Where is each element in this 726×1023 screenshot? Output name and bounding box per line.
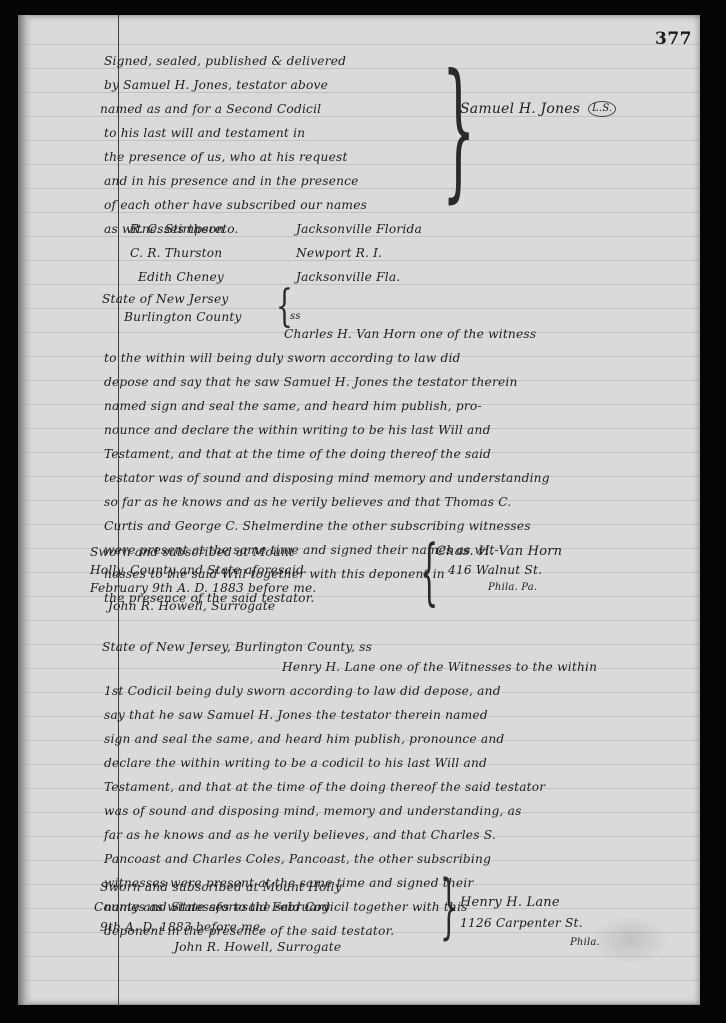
affidavit-line: sign and seal the same, and heard him pu… [104, 727, 597, 751]
testator-signature: Samuel H. JonesL.S. [460, 97, 616, 121]
jurat-1: Sworn and subscribed at Mount Holly, Cou… [90, 543, 316, 615]
attestation-line: Signed, sealed, published & delivered [104, 49, 367, 73]
jurat-line: February 9th A. D. 1883 before me. [90, 579, 316, 597]
affidavit-line: was of sound and disposing mind, memory … [104, 799, 597, 823]
witness-residence: Newport R. I. [296, 241, 422, 265]
affidavit-line: Henry H. Lane one of the Witnesses to th… [282, 655, 597, 679]
affidavit-line: so far as he knows and as he verily beli… [104, 490, 550, 514]
witness-name: Edith Cheney [138, 265, 224, 289]
attestation-clause: Signed, sealed, published & delivered by… [104, 49, 367, 241]
deponent-address: 416 Walnut St. [448, 561, 562, 579]
affidavit-line: testator was of sound and disposing mind… [104, 466, 550, 490]
jurat-line: 9th A. D. 1883 before me. [100, 917, 342, 937]
attestation-line: to his last will and testament in [104, 121, 367, 145]
jurat-line: Sworn and subscribed at Mount Holly [100, 877, 342, 897]
deponent-signature: Chas. H. Van Horn [436, 543, 562, 561]
affidavit-line: nounce and declare the within writing to… [104, 418, 550, 442]
affidavit-line: declare the within writing to be a codic… [104, 751, 597, 775]
brace: } [442, 55, 475, 205]
deponent-city: Phila. [570, 933, 600, 953]
testator-signature-text: Samuel H. Jones [460, 101, 580, 117]
deponent-signature: Henry H. Lane [460, 893, 600, 913]
affidavit-line: Pancoast and Charles Coles, Pancoast, th… [104, 847, 597, 871]
affidavit-line: Testament, and that at the time of the d… [104, 442, 550, 466]
witness-names: R. C. Stimpson C. R. Thurston Edith Chen… [130, 217, 224, 289]
jurat-2: Sworn and subscribed at Mount Holly Coun… [100, 877, 342, 957]
witness-name: R. C. Stimpson [130, 217, 224, 241]
affidavit-line: Curtis and George C. Shelmerdine the oth… [104, 514, 550, 538]
witness-name: C. R. Thurston [130, 241, 224, 265]
affidavit-line: 1st Codicil being duly sworn according t… [104, 679, 597, 703]
affidavit-line: depose and say that he saw Samuel H. Jon… [104, 370, 550, 394]
affidavit-line: far as he knows and as he verily believe… [104, 823, 597, 847]
surrogate-signature: John R. Howell, Surrogate [108, 597, 316, 615]
brace: } [440, 871, 458, 941]
stain [590, 915, 670, 965]
attestation-line: named as and for a Second Codicil [100, 97, 367, 121]
surrogate-signature: John R. Howell, Surrogate [174, 937, 342, 957]
ledger-page: 377 Signed, sealed, published & delivere… [18, 15, 700, 1005]
seal-mark: L.S. [588, 101, 616, 117]
witness-residence: Jacksonville Fla. [296, 265, 422, 289]
deponent-city: Phila. Pa. [488, 579, 562, 597]
witness-residence: Jacksonville Florida [296, 217, 422, 241]
jurat-line: Holly, County and State aforesaid [90, 561, 316, 579]
deponent-2: Henry H. Lane 1126 Carpenter St. Phila. [460, 893, 600, 953]
affidavit-line: Charles H. Van Horn one of the witness [284, 322, 550, 346]
attestation-line: the presence of us, who at his request [104, 145, 367, 169]
attestation-line: and in his presence and in the presence [104, 169, 367, 193]
deponent-address: 1126 Carpenter St. [460, 913, 600, 933]
deponent-1: Chas. H. Van Horn 416 Walnut St. Phila. … [436, 543, 562, 597]
affidavit-line: Testament, and that at the time of the d… [104, 775, 597, 799]
jurat-line: County and State aforesaid February [94, 897, 342, 917]
witness-residences: Jacksonville Florida Newport R. I. Jacks… [296, 217, 422, 289]
jurat-line: Sworn and subscribed at Mount [90, 543, 316, 561]
attestation-line: by Samuel H. Jones, testator above [104, 73, 367, 97]
affidavit-line: named sign and seal the same, and heard … [104, 394, 550, 418]
affidavit-line: to the within will being duly sworn acco… [104, 346, 550, 370]
attestation-line: of each other have subscribed our names [104, 193, 367, 217]
affidavit-line: say that he saw Samuel H. Jones the test… [104, 703, 597, 727]
page-number: 377 [655, 29, 692, 49]
